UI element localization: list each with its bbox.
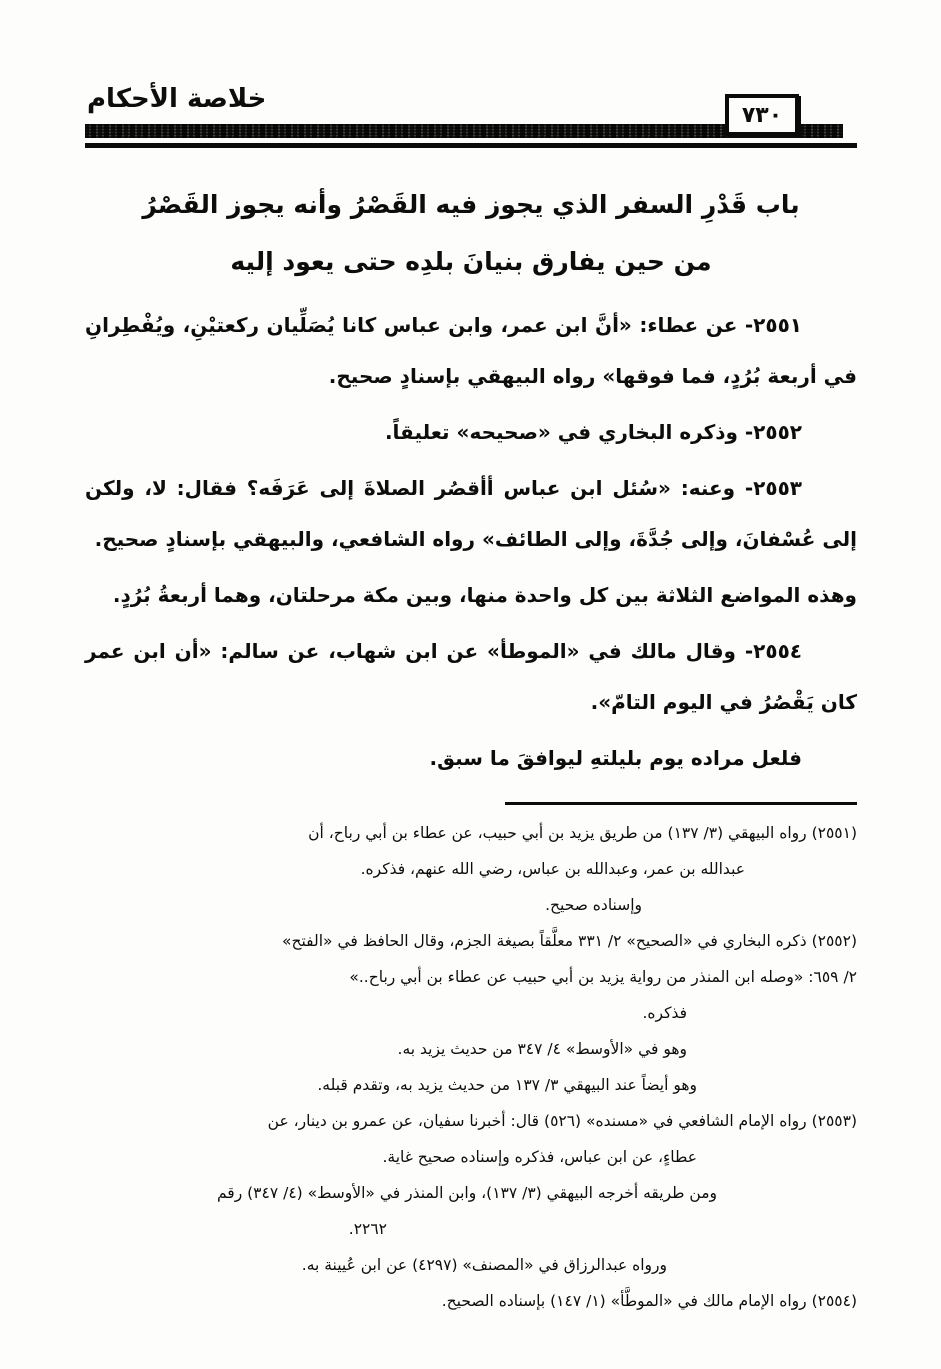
- footnote-2552-line1: (٢٥٥٢) ذكره البخاري في «الصحيح» ٢/ ٣٣١ م…: [85, 923, 857, 959]
- footnote-2552-line3: فذكره.: [85, 995, 687, 1031]
- footnote-2553-line1: (٢٥٥٣) رواه الإمام الشافعي في «مسنده» (٥…: [85, 1103, 857, 1139]
- hadith-paragraph-2552: ٢٥٥٢- وذكره البخاري في «صحيحه» تعليقاً.: [85, 407, 857, 458]
- page-number: ٧٣٠: [742, 103, 782, 128]
- footnote-2551-line2: عبدالله بن عمر، وعبدالله بن عباس، رضي ال…: [85, 851, 745, 887]
- footnote-2553-line2: عطاءٍ، عن ابن عباس، فذكره وإسناده صحيح غ…: [85, 1139, 697, 1175]
- hadith-paragraph-2551: ٢٥٥١- عن عطاء: «أنَّ ابن عمر، وابن عباس …: [85, 300, 857, 402]
- footnote-2552-line4: وهو في «الأوسط» ٤/ ٣٤٧ من حديث يزيد به.: [85, 1031, 687, 1067]
- commentary-paragraph-meaning: فلعل مراده يوم بليلتهِ ليوافقَ ما سبق.: [85, 733, 857, 784]
- chapter-heading: باب قَدْرِ السفر الذي يجوز فيه القَصْرُ …: [85, 176, 857, 290]
- footnote-2551-line1: (٢٥٥١) رواه البيهقي (٣/ ١٣٧) من طريق يزي…: [85, 815, 857, 851]
- page-header: خلاصة الأحكام ٧٣٠: [85, 88, 857, 150]
- chapter-heading-line1: باب قَدْرِ السفر الذي يجوز فيه القَصْرُ …: [142, 190, 799, 219]
- hadith-paragraph-2553: ٢٥٥٣- وعنه: «سُئل ابن عباس أأقصُر الصلاة…: [85, 463, 857, 565]
- footnote-2553-line3: ومن طريقه أخرجه البيهقي (٣/ ١٣٧)، وابن ا…: [85, 1175, 717, 1211]
- footnote-2553-line5: ورواه عبدالرزاق في «المصنف» (٤٢٩٧) عن اب…: [85, 1247, 667, 1283]
- footnote-2551-line3: وإسناده صحيح.: [85, 887, 642, 923]
- page-number-box: ٧٣٠: [725, 94, 799, 136]
- footnote-2552-line5: وهو أيضاً عند البيهقي ٣/ ١٣٧ من حديث يزي…: [85, 1067, 697, 1103]
- footnote-2553-line4: ٢٢٦٢.: [85, 1211, 387, 1247]
- chapter-heading-line2: من حين يفارق بنيانَ بلدِه حتى يعود إليه: [230, 247, 711, 276]
- book-title: خلاصة الأحكام: [87, 84, 266, 114]
- hadith-paragraph-2554: ٢٥٥٤- وقال مالك في «الموطأ» عن ابن شهاب،…: [85, 626, 857, 728]
- footnote-separator: [505, 802, 857, 805]
- hadith-text-block: ٢٥٥١- عن عطاء: «أنَّ ابن عمر، وابن عباس …: [85, 300, 857, 784]
- header-rule: [85, 143, 857, 148]
- footnote-2554-line1: (٢٥٥٤) رواه الإمام مالك في «الموطَّأ» (١…: [85, 1283, 857, 1319]
- footnotes-section: (٢٥٥١) رواه البيهقي (٣/ ١٣٧) من طريق يزي…: [85, 815, 857, 1319]
- commentary-paragraph-locations: وهذه المواضع الثلاثة بين كل واحدة منها، …: [85, 570, 857, 621]
- book-page: خلاصة الأحكام ٧٣٠ باب قَدْرِ السفر الذي …: [0, 0, 941, 1369]
- footnote-2552-line2: ٢/ ٦٥٩: «وصله ابن المنذر من رواية يزيد ب…: [85, 959, 857, 995]
